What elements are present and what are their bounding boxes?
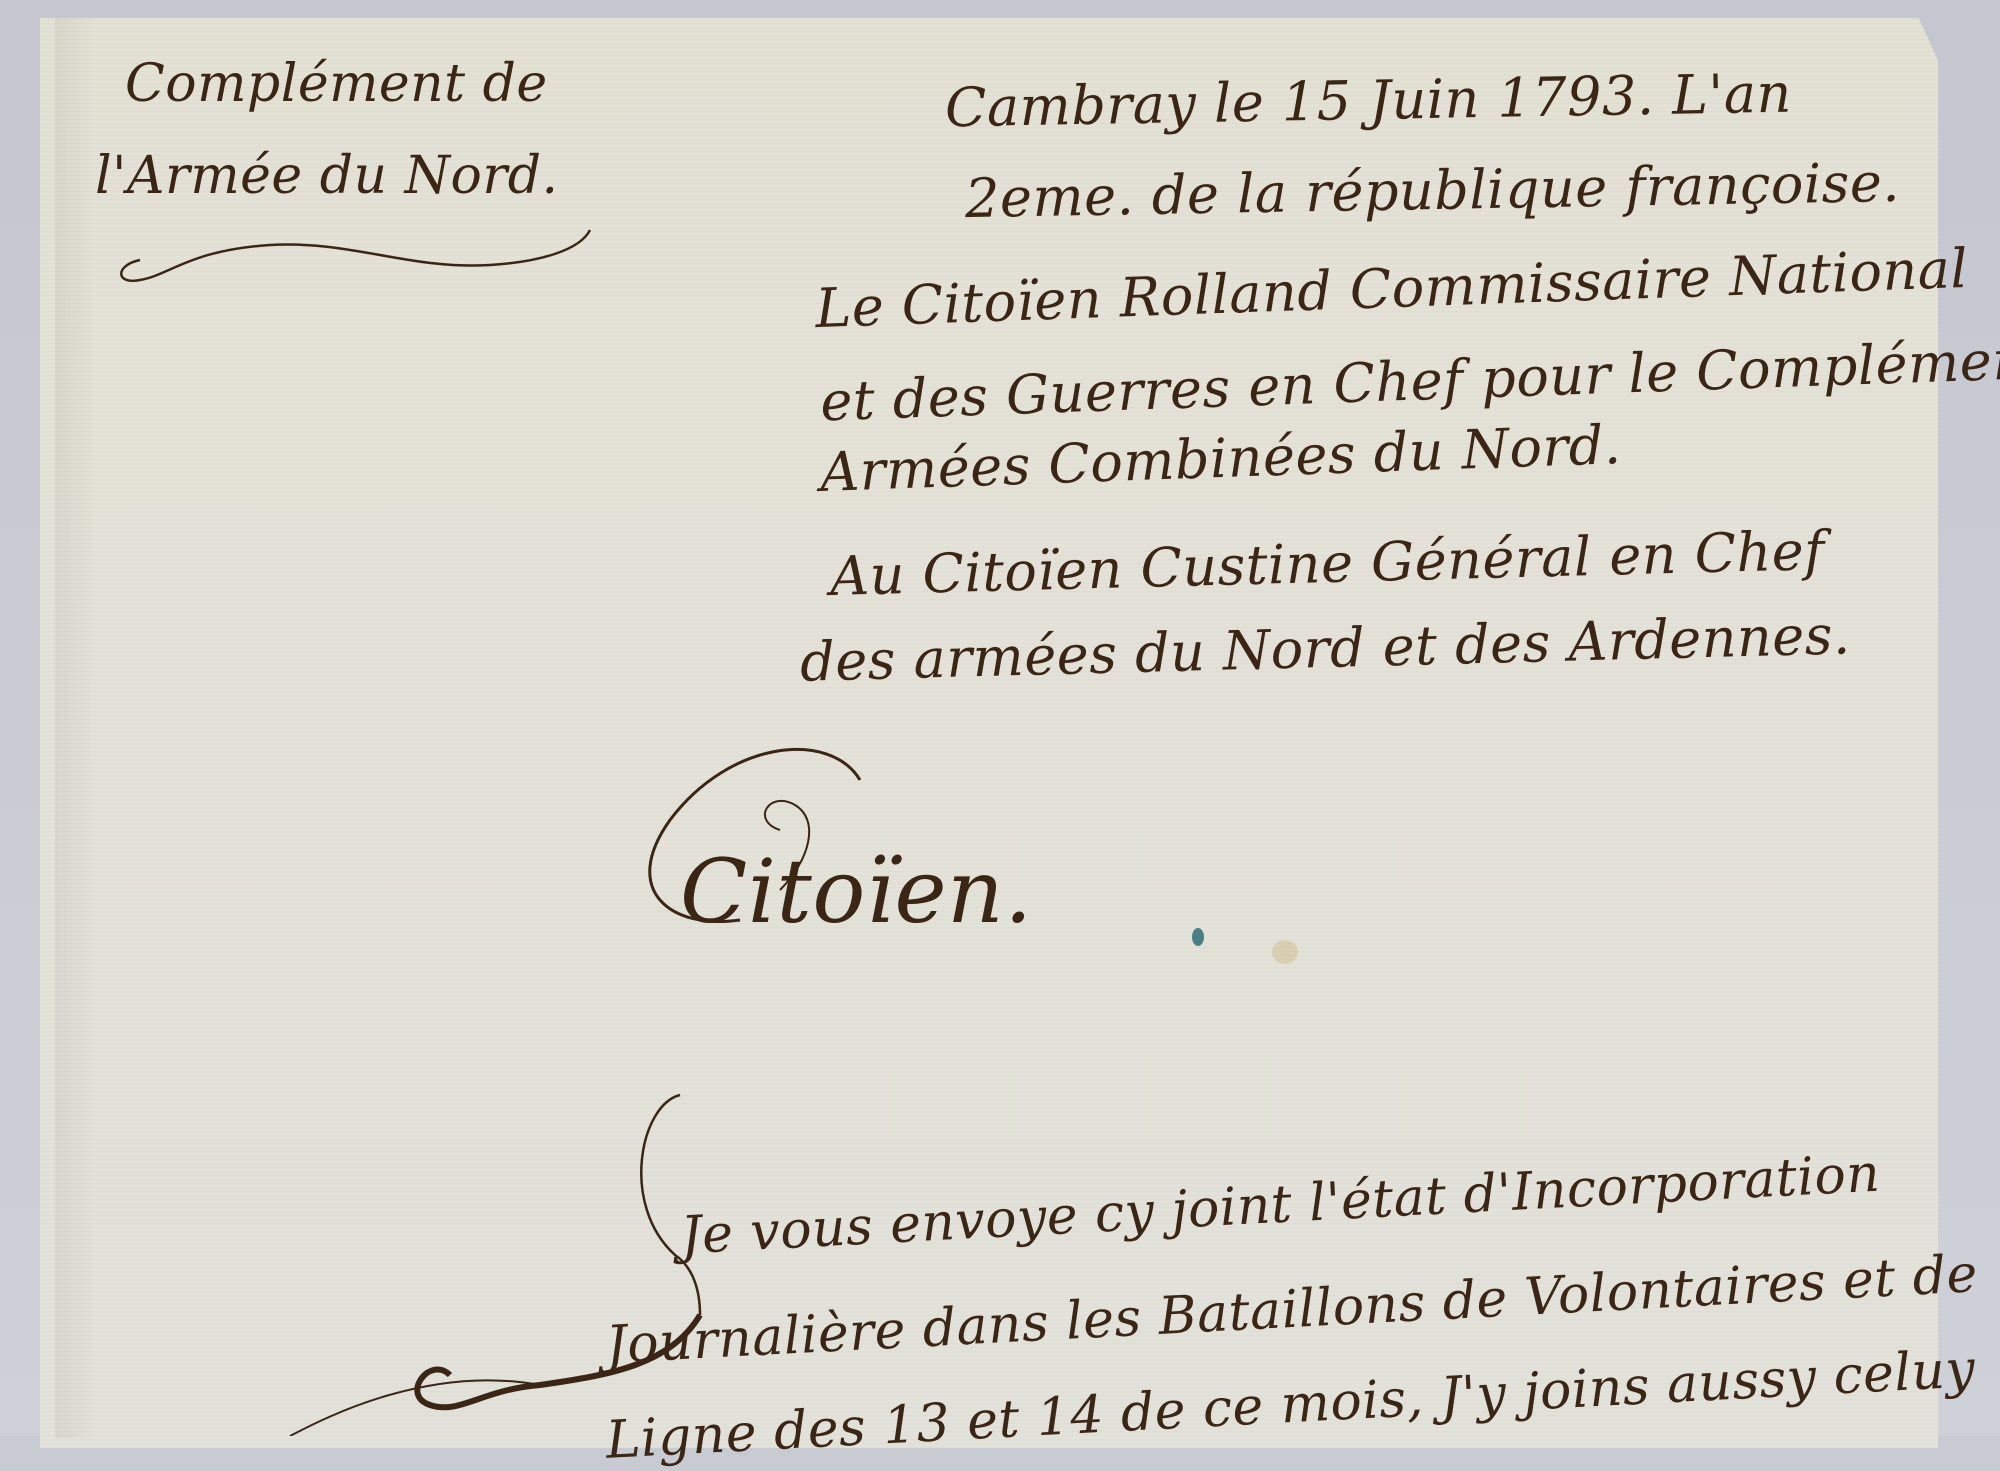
foxing-spot bbox=[1272, 940, 1298, 964]
margin-flourish bbox=[110, 220, 600, 290]
republic-year-line: 2eme. de la république françoise. bbox=[964, 144, 1900, 238]
margin-note-line-2: l'Armée du Nord. bbox=[95, 140, 559, 212]
place-date-line: Cambray le 15 Juin 1793. L'an bbox=[944, 55, 1792, 148]
salutation: Citoïen. bbox=[680, 840, 1033, 943]
body-initial-flourish bbox=[280, 1085, 740, 1436]
margin-note-line-1: Complément de bbox=[125, 48, 548, 120]
paper-fold-shadow bbox=[55, 18, 95, 1436]
ink-spot bbox=[1192, 928, 1204, 946]
